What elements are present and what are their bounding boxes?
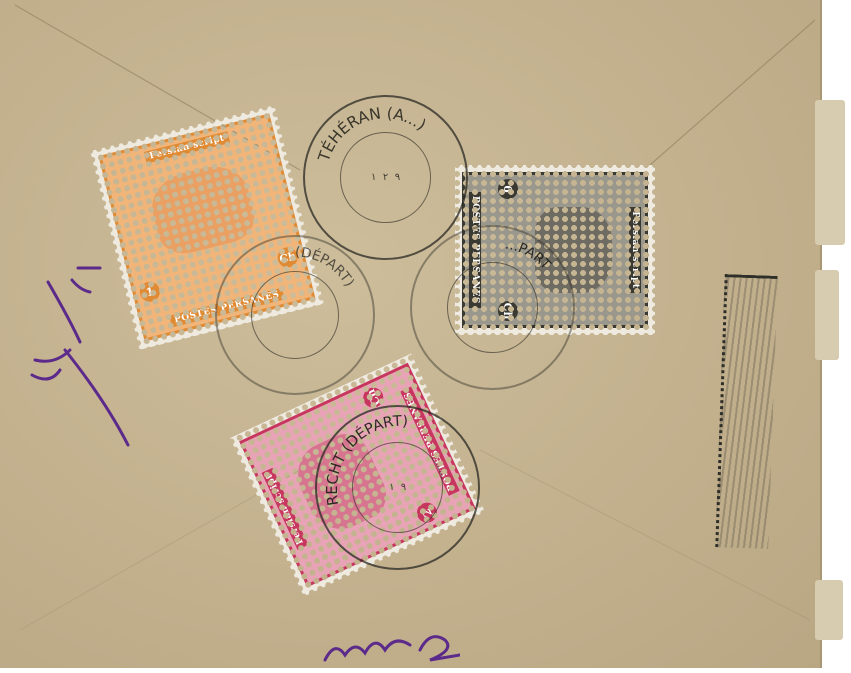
postmark-date: ۱ ۹ bbox=[388, 482, 406, 493]
postmark-date: ۱ ۲ ۹ bbox=[370, 172, 400, 183]
torn-edge bbox=[815, 580, 843, 640]
stamp-top-text: Persian script bbox=[144, 131, 230, 163]
handwriting-left bbox=[10, 250, 140, 450]
stamp-top-text: Persian script bbox=[629, 207, 641, 292]
stamp-value: 1 bbox=[138, 280, 162, 304]
stamp-value: 6 bbox=[498, 179, 518, 199]
postmark-recht-depart-2: ...PART bbox=[410, 225, 575, 390]
postmark-recht-depart-3: RECHT (DÉPART) ۱ ۹ bbox=[315, 405, 480, 570]
torn-edge bbox=[815, 270, 839, 360]
handwriting-bottom bbox=[320, 625, 460, 670]
rectangular-handstamp bbox=[715, 274, 777, 549]
torn-edge bbox=[815, 100, 845, 245]
postmark-recht-depart-1: (DÉPART) bbox=[215, 235, 375, 395]
